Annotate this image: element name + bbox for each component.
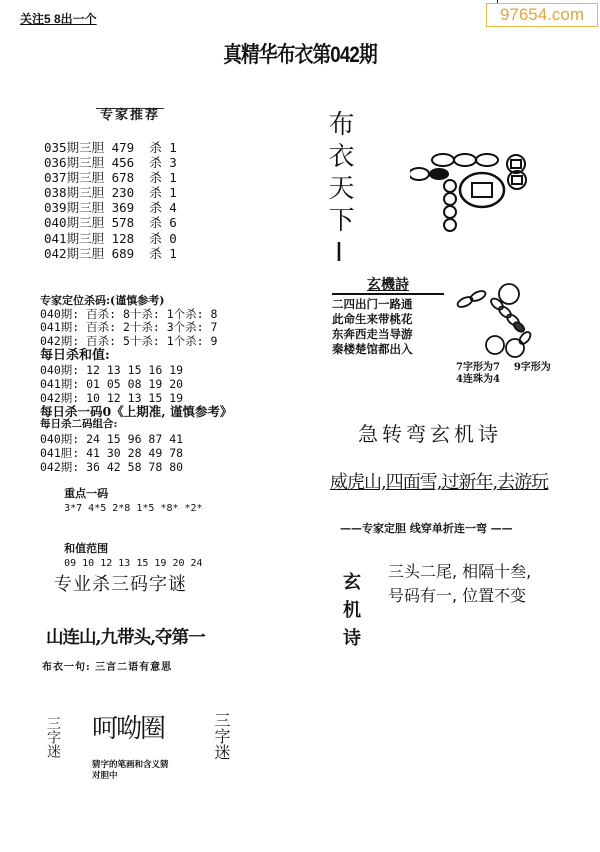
list-item: 037期三胆 678 杀 1 [44, 170, 177, 185]
chain-diagram-icon [455, 280, 565, 360]
list-item: 041期三胆 128 杀 0 [44, 231, 177, 246]
list-item: 038期三胆 230 杀 1 [44, 185, 177, 200]
expert-recommend-heading: 专家推荐 [96, 108, 164, 123]
poem-line: 二四出门一路通 [332, 297, 444, 312]
riddle-poem-line: 威虎山,四面雪,过新年,去游玩 [330, 468, 548, 494]
three-char-riddle-left: 三字迷 [44, 716, 62, 758]
mystic-poem: 玄機詩 二四出门一路通 此命生来带桃花 东奔西走当导游 秦楼楚馆都出入 [332, 278, 444, 357]
xuanji-vertical-title: 玄机诗 [336, 572, 364, 656]
expert-line: ——专家定胆 线穿单折连一弯 —— [340, 520, 513, 536]
list-item: 042期: 36 42 58 78 80 [40, 460, 232, 474]
daily-sum-heading: 每日杀和值: [40, 349, 232, 363]
list-item: 042期: 10 12 13 15 19 [40, 391, 232, 405]
list-item: 042期: 百杀: 5十杀: 1个杀: 9 [40, 335, 232, 349]
sum-range-label: 和值范围 [64, 542, 108, 555]
page-title: 真精华布衣第042期 [45, 38, 555, 69]
left-data-block: 专家定位杀码:(谨慎参考) 040期: 百杀: 8十杀: 1个杀: 8 041期… [40, 294, 232, 584]
top-note: 关注5 8出一个 [20, 10, 97, 27]
pro-riddle-sub: 布衣一句: 三言二语有意思 [42, 658, 172, 673]
list-item: 040期: 24 15 96 87 41 [40, 432, 232, 446]
buyi-vertical-title: 布衣天下I [323, 110, 355, 274]
list-item: 042期三胆 689 杀 1 [44, 246, 177, 261]
key-code-value: 3*7 4*5 2*8 1*5 *8* *2* [64, 503, 202, 514]
poem-line: 此命生来带桃花 [332, 312, 444, 327]
sum-range-value: 09 10 12 13 15 19 20 24 [64, 558, 202, 569]
key-code-row: 重点一码 3*7 4*5 2*8 1*5 *8* *2* [40, 474, 232, 529]
daily-kill-one: 每日杀一码0《上期准, 谨慎参考》 [40, 405, 232, 419]
expert-recommend-list: 035期三胆 479 杀 1 036期三胆 456 杀 3 037期三胆 678… [44, 140, 177, 261]
pro-riddle-heading: 专业杀三码字谜 [54, 570, 187, 596]
position-kill-heading: 专家定位杀码:(谨慎参考) [40, 294, 232, 308]
mystic-poem-title: 玄機詩 [332, 278, 444, 295]
three-char-riddle-hint: 猜字的笔画和含义猜对胆中 [92, 760, 172, 782]
list-item: 040期: 百杀: 8十杀: 1个杀: 8 [40, 308, 232, 322]
xuanji-text: 三头二尾, 相隔十叁, 号码有一, 位置不变 [388, 560, 531, 608]
list-item: 039期三胆 369 杀 4 [44, 200, 177, 215]
poem-line: 东奔西走当导游 [332, 327, 444, 342]
poem-line: 三头二尾, 相隔十叁, [388, 560, 531, 584]
list-item: 040期: 12 13 15 16 19 [40, 363, 232, 377]
three-char-riddle-right: 三字迷 [212, 712, 231, 760]
poem-line: 秦楼楚馆都出入 [332, 342, 444, 357]
shape-note: 7字形为7 9字形为 4连珠为4 [456, 362, 551, 386]
list-item: 035期三胆 479 杀 1 [44, 140, 177, 155]
list-item: 041胆: 41 30 28 49 78 [40, 446, 232, 460]
watermark-badge[interactable]: 97654.com [486, 3, 598, 27]
pro-riddle-line: 山连山,九带头,夺第一 [46, 624, 205, 649]
list-item: 036期三胆 456 杀 3 [44, 155, 177, 170]
three-char-riddle-big: 呵呦圈 [92, 708, 164, 745]
daily-kill-two-heading: 每日杀二码组合: [40, 418, 232, 432]
list-item: 041期: 01 05 08 19 20 [40, 377, 232, 391]
list-item: 041期: 百杀: 2十杀: 3个杀: 7 [40, 321, 232, 335]
riddle-poem-heading: 急转弯玄机诗 [358, 418, 502, 447]
key-code-label: 重点一码 [64, 487, 108, 500]
bead-diagram-icon [410, 140, 550, 240]
list-item: 040期三胆 578 杀 6 [44, 215, 177, 230]
poem-line: 号码有一, 位置不变 [388, 584, 531, 608]
